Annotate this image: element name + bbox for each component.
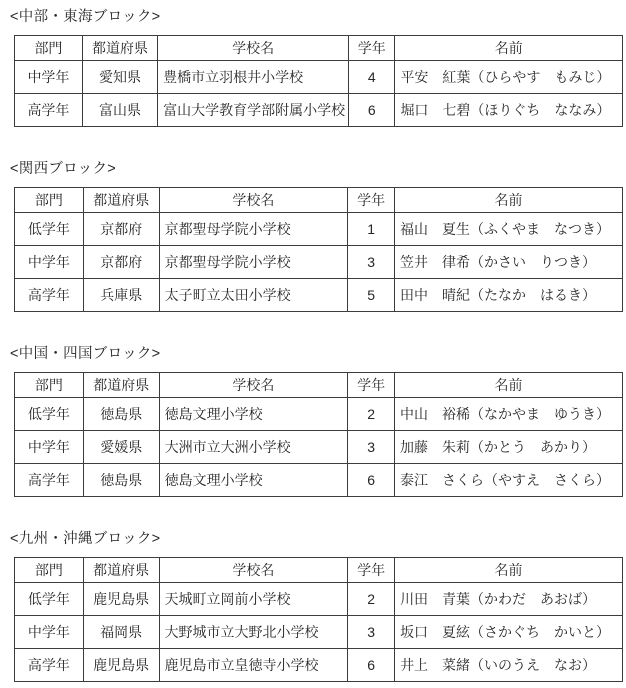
cell-school: 京都聖母学院小学校	[159, 246, 348, 279]
header-cell: 学年	[348, 188, 395, 213]
header-cell: 都道府県	[83, 373, 159, 398]
cell-school: 富山大学教育学部附属小学校	[158, 94, 349, 127]
block-section: <中部・東海ブロック> 部門都道府県学校名学年名前 中学年愛知県豊橋市立羽根井小…	[14, 9, 623, 127]
cell-prefecture: 富山県	[82, 94, 157, 127]
table-row: 低学年徳島県徳島文理小学校2中山 裕稀（なかやま ゆうき）	[15, 398, 623, 431]
cell-prefecture: 鹿児島県	[83, 583, 159, 616]
header-row: 部門都道府県学校名学年名前	[15, 373, 623, 398]
table-row: 低学年鹿児島県天城町立岡前小学校2川田 青葉（かわだ あおば）	[15, 583, 623, 616]
results-table: 部門都道府県学校名学年名前 中学年愛知県豊橋市立羽根井小学校4平安 紅葉（ひらや…	[14, 35, 623, 127]
header-cell: 部門	[15, 373, 84, 398]
results-table: 部門都道府県学校名学年名前 低学年徳島県徳島文理小学校2中山 裕稀（なかやま ゆ…	[14, 372, 623, 497]
cell-prefecture: 愛媛県	[83, 431, 159, 464]
table-row: 中学年福岡県大野城市立大野北小学校3坂口 夏絃（さかぐち かいと）	[15, 616, 623, 649]
cell-prefecture: 京都府	[83, 246, 159, 279]
table-body: 中学年愛知県豊橋市立羽根井小学校4平安 紅葉（ひらやす もみじ）高学年富山県富山…	[15, 61, 623, 127]
cell-prefecture: 兵庫県	[83, 279, 159, 312]
cell-grade: 6	[349, 94, 395, 127]
cell-division: 低学年	[15, 583, 84, 616]
cell-division: 中学年	[15, 431, 84, 464]
cell-division: 低学年	[15, 398, 84, 431]
block-title: <九州・沖縄ブロック>	[10, 531, 623, 548]
cell-name: 笠井 律希（かさい りつき）	[395, 246, 623, 279]
cell-school: 徳島文理小学校	[159, 464, 348, 497]
cell-division: 高学年	[15, 279, 84, 312]
header-cell: 部門	[15, 36, 83, 61]
table-body: 低学年京都府京都聖母学院小学校1福山 夏生（ふくやま なつき）中学年京都府京都聖…	[15, 213, 623, 312]
header-cell: 学年	[348, 373, 395, 398]
header-row: 部門都道府県学校名学年名前	[15, 36, 623, 61]
page: <中部・東海ブロック> 部門都道府県学校名学年名前 中学年愛知県豊橋市立羽根井小…	[0, 0, 626, 688]
table-body: 低学年徳島県徳島文理小学校2中山 裕稀（なかやま ゆうき）中学年愛媛県大洲市立大…	[15, 398, 623, 497]
block-section: <関西ブロック> 部門都道府県学校名学年名前 低学年京都府京都聖母学院小学校1福…	[14, 161, 623, 312]
cell-grade: 5	[348, 279, 395, 312]
cell-name: 堀口 七碧（ほりぐち ななみ）	[395, 94, 623, 127]
table-row: 高学年徳島県徳島文理小学校6泰江 さくら（やすえ さくら）	[15, 464, 623, 497]
cell-name: 坂口 夏絃（さかぐち かいと）	[395, 616, 623, 649]
cell-name: 中山 裕稀（なかやま ゆうき）	[395, 398, 623, 431]
cell-grade: 3	[348, 616, 395, 649]
table-row: 中学年愛媛県大洲市立大洲小学校3加藤 朱莉（かとう あかり）	[15, 431, 623, 464]
cell-name: 泰江 さくら（やすえ さくら）	[395, 464, 623, 497]
header-cell: 学校名	[159, 188, 348, 213]
cell-name: 川田 青葉（かわだ あおば）	[395, 583, 623, 616]
cell-name: 加藤 朱莉（かとう あかり）	[395, 431, 623, 464]
cell-school: 大洲市立大洲小学校	[159, 431, 348, 464]
header-cell: 部門	[15, 188, 84, 213]
cell-name: 福山 夏生（ふくやま なつき）	[395, 213, 623, 246]
header-cell: 学校名	[159, 373, 348, 398]
cell-grade: 3	[348, 431, 395, 464]
block-section: <中国・四国ブロック> 部門都道府県学校名学年名前 低学年徳島県徳島文理小学校2…	[14, 346, 623, 497]
cell-school: 大野城市立大野北小学校	[159, 616, 348, 649]
block-title: <関西ブロック>	[10, 161, 623, 178]
results-table: 部門都道府県学校名学年名前 低学年京都府京都聖母学院小学校1福山 夏生（ふくやま…	[14, 187, 623, 312]
cell-prefecture: 京都府	[83, 213, 159, 246]
cell-prefecture: 福岡県	[83, 616, 159, 649]
cell-school: 天城町立岡前小学校	[159, 583, 348, 616]
header-row: 部門都道府県学校名学年名前	[15, 558, 623, 583]
cell-grade: 3	[348, 246, 395, 279]
cell-grade: 2	[348, 583, 395, 616]
cell-grade: 6	[348, 464, 395, 497]
table-row: 高学年兵庫県太子町立太田小学校5田中 晴紀（たなか はるき）	[15, 279, 623, 312]
table-body: 低学年鹿児島県天城町立岡前小学校2川田 青葉（かわだ あおば）中学年福岡県大野城…	[15, 583, 623, 682]
cell-name: 平安 紅葉（ひらやす もみじ）	[395, 61, 623, 94]
cell-grade: 2	[348, 398, 395, 431]
header-cell: 都道府県	[83, 188, 159, 213]
cell-school: 太子町立太田小学校	[159, 279, 348, 312]
header-cell: 名前	[395, 188, 623, 213]
header-cell: 都道府県	[83, 558, 159, 583]
header-cell: 学年	[348, 558, 395, 583]
block-title: <中部・東海ブロック>	[10, 9, 623, 26]
cell-division: 高学年	[15, 94, 83, 127]
header-cell: 名前	[395, 373, 623, 398]
cell-division: 中学年	[15, 616, 84, 649]
cell-division: 中学年	[15, 61, 83, 94]
header-cell: 部門	[15, 558, 84, 583]
table-row: 高学年富山県富山大学教育学部附属小学校6堀口 七碧（ほりぐち ななみ）	[15, 94, 623, 127]
header-cell: 学校名	[159, 558, 348, 583]
table-row: 低学年京都府京都聖母学院小学校1福山 夏生（ふくやま なつき）	[15, 213, 623, 246]
blocks-container: <中部・東海ブロック> 部門都道府県学校名学年名前 中学年愛知県豊橋市立羽根井小…	[14, 9, 623, 682]
cell-grade: 1	[348, 213, 395, 246]
cell-school: 豊橋市立羽根井小学校	[158, 61, 349, 94]
header-cell: 学校名	[158, 36, 349, 61]
cell-name: 田中 晴紀（たなか はるき）	[395, 279, 623, 312]
header-row: 部門都道府県学校名学年名前	[15, 188, 623, 213]
header-cell: 学年	[349, 36, 395, 61]
table-row: 中学年京都府京都聖母学院小学校3笠井 律希（かさい りつき）	[15, 246, 623, 279]
results-table: 部門都道府県学校名学年名前 低学年鹿児島県天城町立岡前小学校2川田 青葉（かわだ…	[14, 557, 623, 682]
header-cell: 都道府県	[82, 36, 157, 61]
block-section: <九州・沖縄ブロック> 部門都道府県学校名学年名前 低学年鹿児島県天城町立岡前小…	[14, 531, 623, 682]
cell-grade: 4	[349, 61, 395, 94]
cell-division: 低学年	[15, 213, 84, 246]
header-cell: 名前	[395, 558, 623, 583]
table-row: 中学年愛知県豊橋市立羽根井小学校4平安 紅葉（ひらやす もみじ）	[15, 61, 623, 94]
block-title: <中国・四国ブロック>	[10, 346, 623, 363]
cell-school: 徳島文理小学校	[159, 398, 348, 431]
cell-school: 京都聖母学院小学校	[159, 213, 348, 246]
header-cell: 名前	[395, 36, 623, 61]
cell-division: 中学年	[15, 246, 84, 279]
cell-division: 高学年	[15, 464, 84, 497]
cell-prefecture: 愛知県	[82, 61, 157, 94]
cell-prefecture: 徳島県	[83, 398, 159, 431]
cell-prefecture: 徳島県	[83, 464, 159, 497]
